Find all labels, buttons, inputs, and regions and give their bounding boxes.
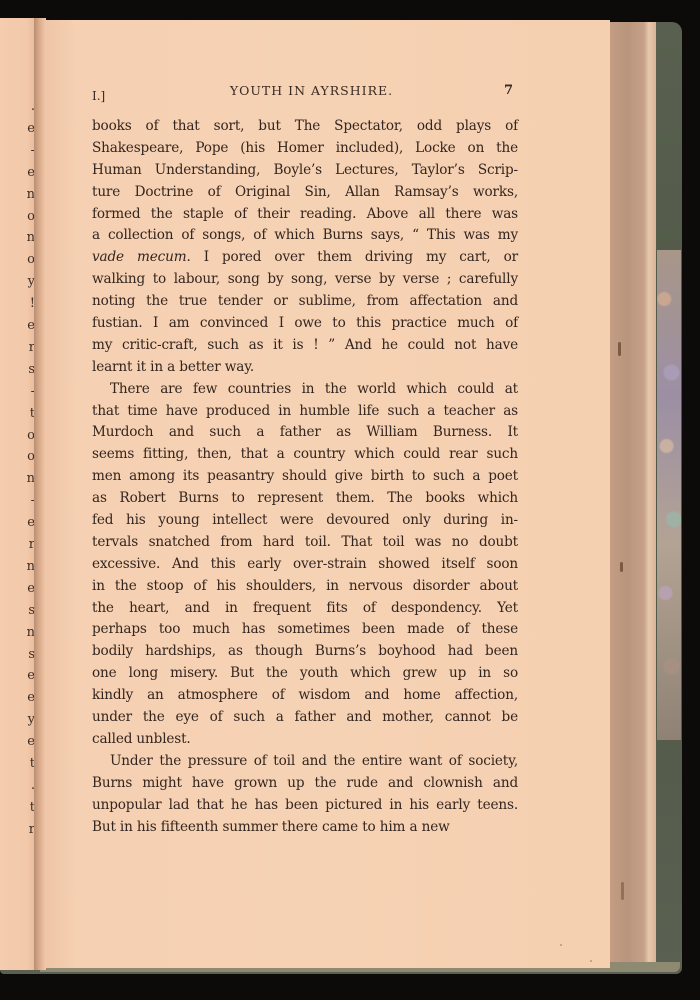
left-page-fragment: s	[0, 600, 38, 622]
marbled-endpaper	[657, 250, 681, 740]
body-text: books of that sort, but The Spectator, o…	[92, 116, 518, 838]
text-line: learnt it in a better way.	[92, 357, 518, 379]
text-line: Murdoch and such a father as William Bur…	[92, 422, 518, 444]
left-page-fragment: r	[0, 819, 38, 841]
left-page-fragment: s	[0, 359, 38, 381]
text-line: seems fitting, then, that a country whic…	[92, 444, 518, 466]
left-page-fragment: e	[0, 687, 38, 709]
text-line: bodily hardships, as though Burns’s boyh…	[92, 641, 518, 663]
text-line: excessive. And this early over-strain sh…	[92, 554, 518, 576]
text-line: kindly an atmosphere of wisdom and home …	[92, 685, 518, 707]
text-line: fustian. I am convinced I owe to this pr…	[92, 313, 518, 335]
left-page-fragment: e	[0, 315, 38, 337]
text-line: the heart, and in frequent fits of despo…	[92, 598, 518, 620]
left-page-fragment: -	[0, 490, 38, 512]
left-page-fragment: r	[0, 337, 38, 359]
left-page-fragment: n	[0, 622, 38, 644]
text-line: ture Doctrine of Original Sin, Allan Ram…	[92, 182, 518, 204]
left-page-fragment: y	[0, 271, 38, 293]
text-line: formed the staple of their reading. Abov…	[92, 204, 518, 226]
book-gutter	[34, 18, 46, 970]
text-line: in the stoop of his shoulders, in nervou…	[92, 576, 518, 598]
left-page-fragment: n	[0, 468, 38, 490]
text-line: walking to labour, song by song, verse b…	[92, 269, 518, 291]
left-page-fragment: e	[0, 118, 38, 140]
left-page-fragment: n	[0, 556, 38, 578]
page-speck	[590, 960, 592, 962]
text-line: unpopular lad that he has been pictured …	[92, 795, 518, 817]
left-page-fragment: y	[0, 709, 38, 731]
text-line: noting the true tender or sublime, from …	[92, 291, 518, 313]
text-line: that time have produced in humble life s…	[92, 401, 518, 423]
italic-phrase: vade mecum.	[92, 249, 191, 265]
left-page-fragment: r	[0, 534, 38, 556]
text-line: There are few countries in the world whi…	[92, 379, 518, 401]
left-page-fragment: e	[0, 512, 38, 534]
running-title: YOUTH IN AYRSHIRE.	[92, 83, 517, 98]
text-line: But in his fifteenth summer there came t…	[92, 817, 518, 839]
foxing-spot	[618, 342, 621, 356]
left-page-fragment: e	[0, 665, 38, 687]
text-line: my critic-craft, such as it is ! ” And h…	[92, 335, 518, 357]
text-line: as Robert Burns to represent them. The b…	[92, 488, 518, 510]
left-page: .e-enonoy!ers-toon-ernesnseeyet.tr	[0, 18, 38, 970]
text-line: books of that sort, but The Spectator, o…	[92, 116, 518, 138]
left-page-fragment: n	[0, 184, 38, 206]
text-line: perhaps too much has sometimes been made…	[92, 619, 518, 641]
left-page-fragment: !	[0, 293, 38, 315]
text-line: Shakespeare, Pope (his Homer included), …	[92, 138, 518, 160]
left-page-fragment: o	[0, 206, 38, 228]
text-line: a collection of songs, of which Burns sa…	[92, 225, 518, 247]
text-line: fed his young intellect were devoured on…	[92, 510, 518, 532]
text-line: vade mecum. I pored over them driving my…	[92, 247, 518, 269]
left-page-fragment: e	[0, 578, 38, 600]
page-header: I.] YOUTH IN AYRSHIRE. 7	[92, 83, 517, 105]
left-page-fragment: .	[0, 96, 38, 118]
left-page-fragment: .	[0, 775, 38, 797]
page-speck	[560, 944, 562, 946]
text-line: men among its peasantry should give birt…	[92, 466, 518, 488]
text-line: under the eye of such a father and mothe…	[92, 707, 518, 729]
left-page-fragment: t	[0, 797, 38, 819]
page-number: 7	[504, 83, 513, 98]
text-line: one long misery. But the youth which gre…	[92, 663, 518, 685]
text-line: Under the pressure of toil and the entir…	[92, 751, 518, 773]
left-page-fragment: e	[0, 162, 38, 184]
left-page-fragment: n	[0, 227, 38, 249]
text-line: tervals snatched from hard toil. That to…	[92, 532, 518, 554]
foxing-spot	[620, 562, 623, 572]
left-page-fragment: o	[0, 249, 38, 271]
text-line: Human Understanding, Boyle’s Lectures, T…	[92, 160, 518, 182]
left-page-fragment: s	[0, 644, 38, 666]
left-page-fragment: t	[0, 753, 38, 775]
left-page-fragment: -	[0, 381, 38, 403]
left-page-fragment: o	[0, 425, 38, 447]
left-page-fragment: o	[0, 446, 38, 468]
text-line: called unblest.	[92, 729, 518, 751]
left-page-fragment: t	[0, 403, 38, 425]
foxing-spot	[621, 882, 624, 900]
book-photo: .e-enonoy!ers-toon-ernesnseeyet.tr I.] Y…	[0, 0, 700, 1000]
left-page-fragment: e	[0, 731, 38, 753]
page-fore-edge	[608, 22, 656, 962]
left-page-fragment: -	[0, 140, 38, 162]
text-line: Burns might have grown up the rude and c…	[92, 773, 518, 795]
